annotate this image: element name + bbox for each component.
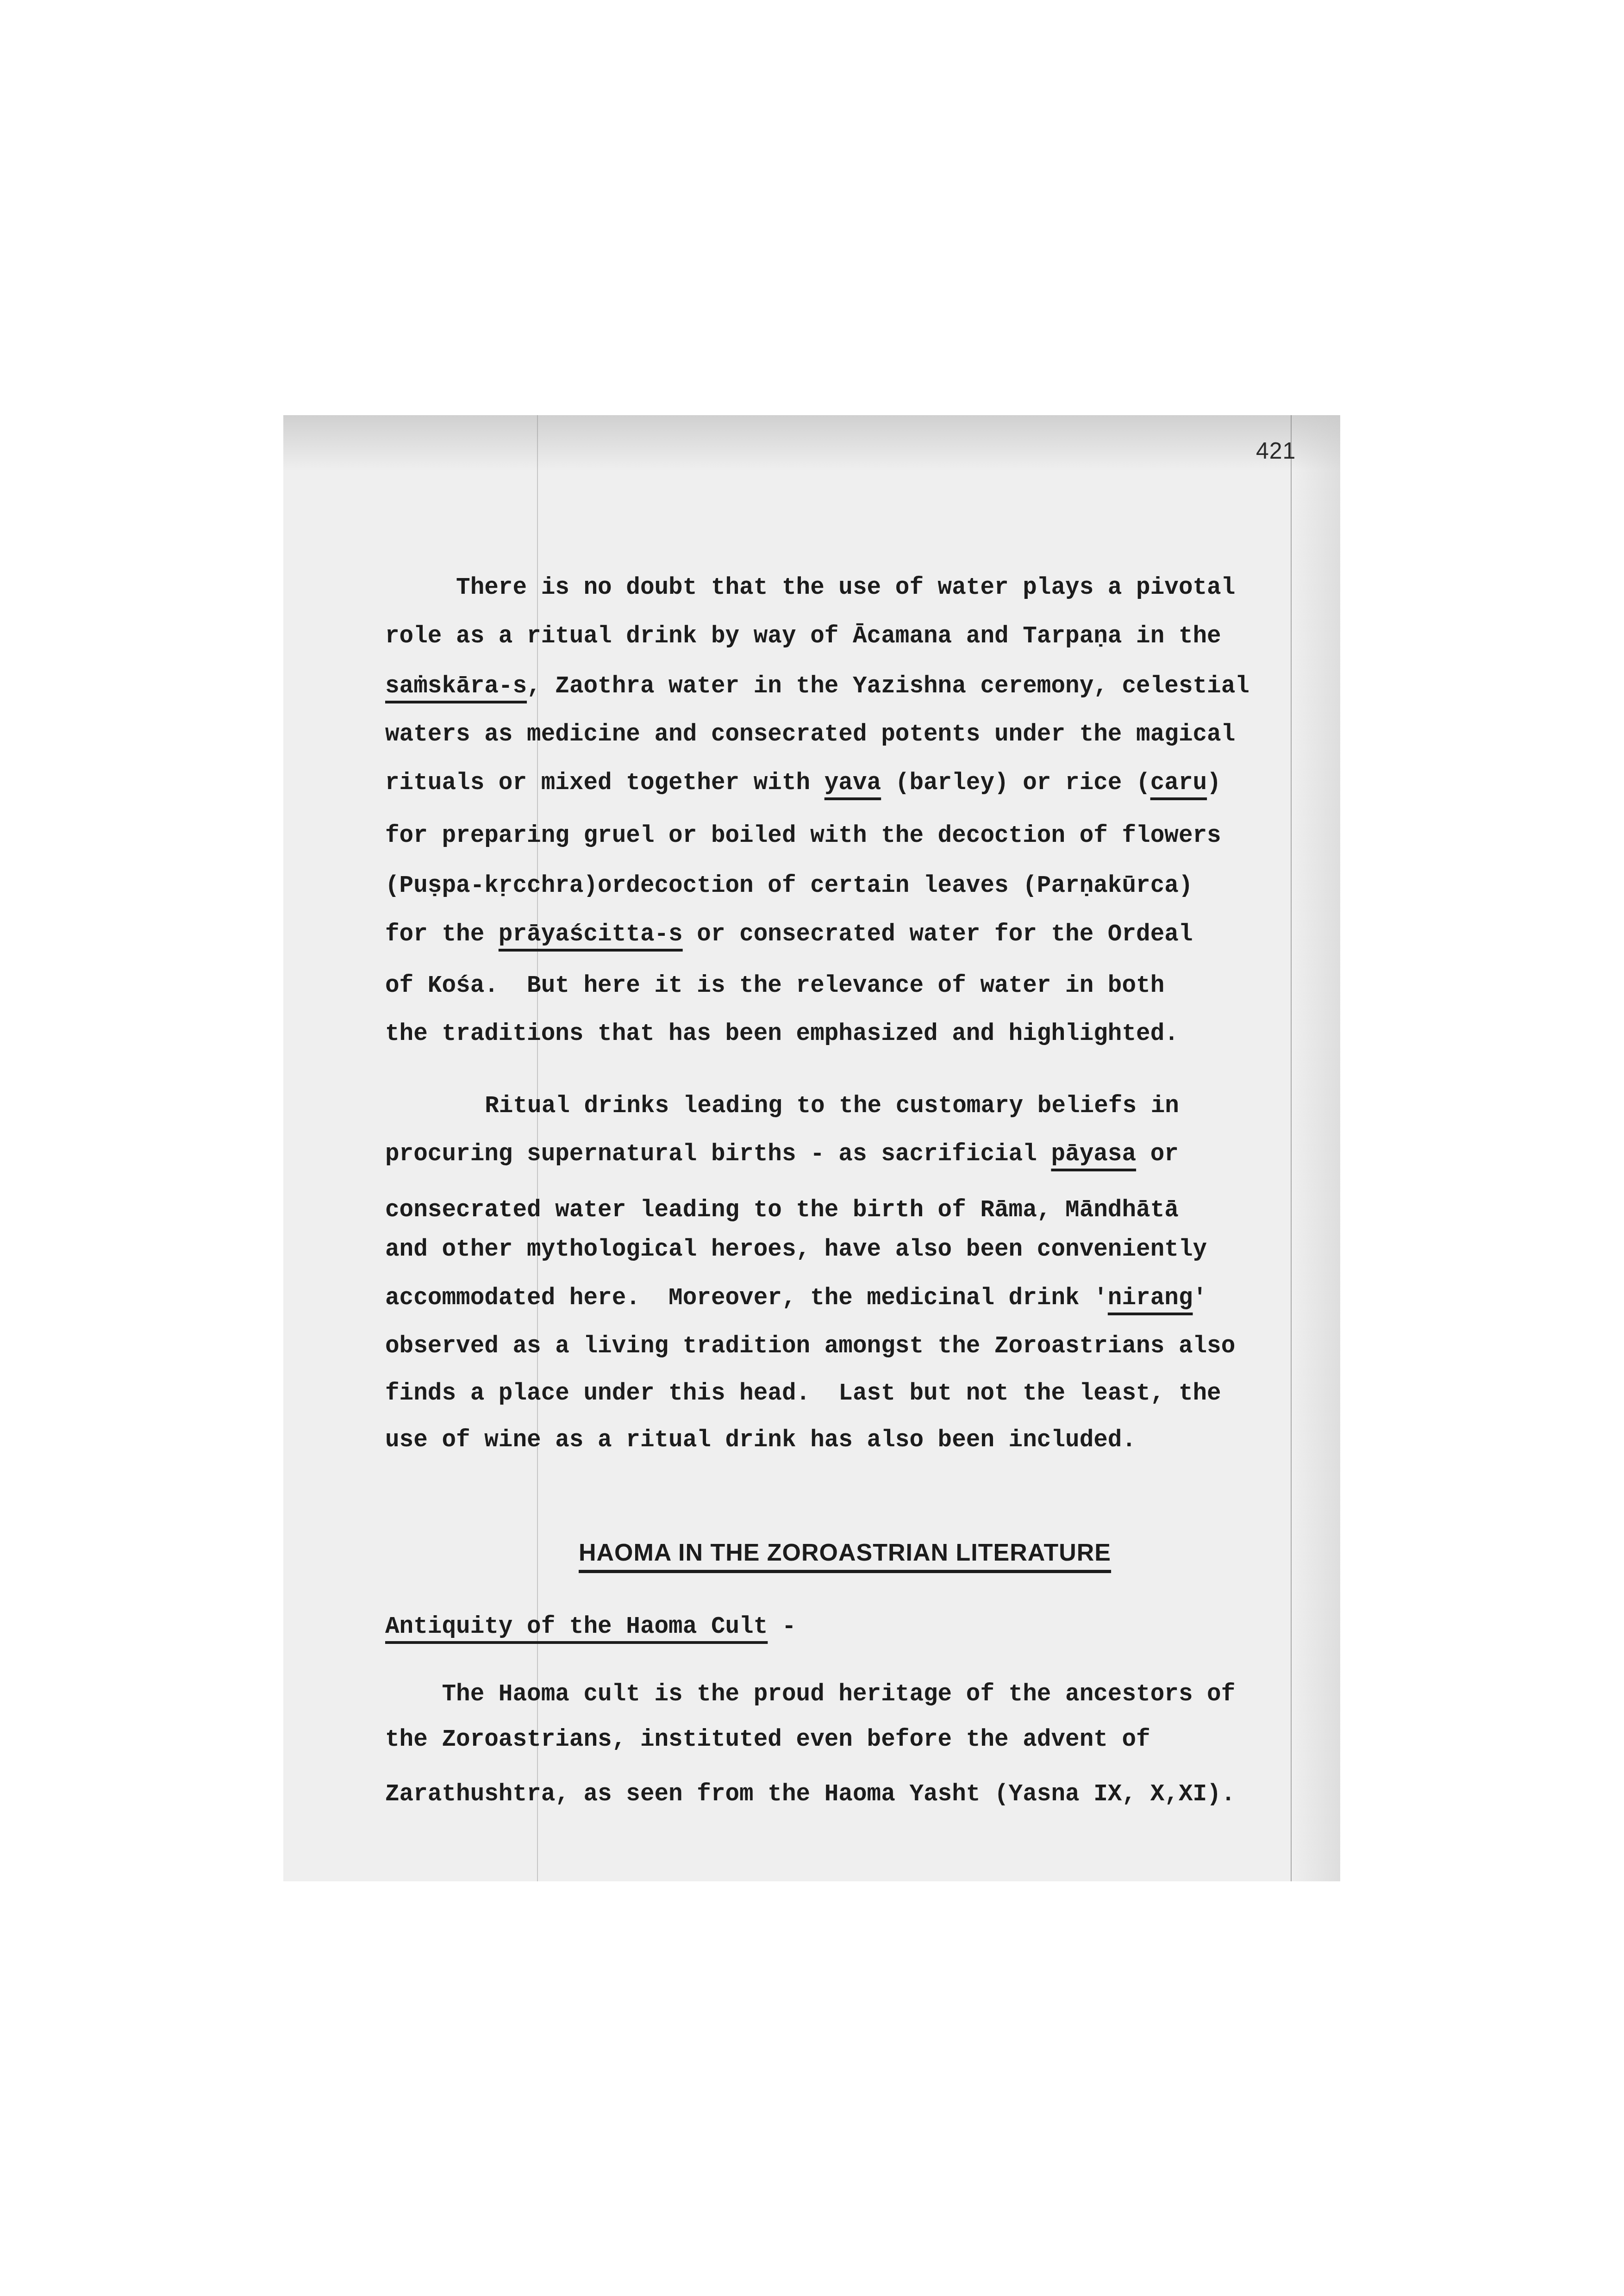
p1-line-8: for the prāyaścitta-s or consecrated wat… (385, 923, 1193, 946)
term-caru: caru (1150, 770, 1207, 796)
p1-line-6: for preparing gruel or boiled with the d… (385, 824, 1221, 848)
scan-shadow-top (283, 415, 1340, 471)
p1-line-2: role as a ritual drink by way of Ācamana… (385, 625, 1221, 648)
p1-line-5-text-c: ) (1207, 770, 1221, 796)
p2-line-8: use of wine as a ritual drink has also b… (385, 1429, 1136, 1452)
p1-line-5-text-b: (barley) or rice ( (881, 770, 1150, 796)
p1-line-4: waters as medicine and consecrated poten… (385, 723, 1235, 747)
p3-line-1: The Haoma cult is the proud heritage of … (385, 1683, 1235, 1706)
subheading: Antiquity of the Haoma Cult - (385, 1615, 796, 1639)
term-yava: yava (824, 770, 881, 796)
p1-line-10: the traditions that has been emphasized … (385, 1022, 1179, 1046)
p1-line-5: rituals or mixed together with yava (bar… (385, 772, 1221, 795)
p1-line-8-text-a: for the (385, 921, 499, 948)
section-heading-text: HAOMA IN THE ZOROASTRIAN LITERATURE (579, 1539, 1111, 1566)
subheading-text: Antiquity of the Haoma Cult (385, 1614, 768, 1640)
p1-line-3-text: , Zaothra water in the Yazishna ceremony… (527, 673, 1249, 700)
p2-line-2-text-a: procuring supernatural births - as sacri… (385, 1141, 1051, 1168)
p2-line-5-text-a: accommodated here. Moreover, the medicin… (385, 1285, 1108, 1312)
subheading-dash: - (768, 1614, 796, 1640)
p2-line-6: observed as a living tradition amongst t… (385, 1335, 1235, 1358)
p1-line-1: There is no doubt that the use of water … (385, 576, 1235, 600)
p2-line-5: accommodated here. Moreover, the medicin… (385, 1287, 1207, 1310)
p2-line-5-text-b: ' (1193, 1285, 1207, 1312)
p2-line-1: Ritual drinks leading to the customary b… (456, 1095, 1179, 1118)
term-payasa: pāyasa (1051, 1141, 1136, 1168)
p1-line-3: saṁskāra-s, Zaothra water in the Yazishn… (385, 675, 1249, 698)
p2-line-4: and other mythological heroes, have also… (385, 1238, 1207, 1262)
page-edge-line (1291, 415, 1292, 1881)
section-heading: HAOMA IN THE ZOROASTRIAN LITERATURE (579, 1541, 1111, 1565)
p1-line-9: of Kośa. But here it is the relevance of… (385, 974, 1164, 998)
page-number: 421 (1256, 437, 1296, 464)
term-nirang: nirang (1108, 1285, 1193, 1312)
term-prayascitta: prāyaścitta-s (499, 921, 683, 948)
term-samskara: saṁskāra-s (385, 673, 527, 700)
p3-line-3: Zarathushtra, as seen from the Haoma Yas… (385, 1783, 1235, 1806)
p2-line-2-text-b: or (1136, 1141, 1179, 1168)
scan-shadow-right (1291, 415, 1340, 1881)
p1-line-8-text-b: or consecrated water for the Ordeal (683, 921, 1193, 948)
p2-line-7: finds a place under this head. Last but … (385, 1382, 1221, 1406)
p3-line-2: the Zoroastrians, instituted even before… (385, 1728, 1150, 1752)
p1-line-5-text-a: rituals or mixed together with (385, 770, 824, 796)
p1-line-7: (Puṣpa-kṛcchra)ordecoction of certain le… (385, 874, 1193, 898)
scanned-page: 421 There is no doubt that the use of wa… (283, 415, 1340, 1881)
p2-line-3: consecrated water leading to the birth o… (385, 1199, 1179, 1222)
p2-line-2: procuring supernatural births - as sacri… (385, 1143, 1179, 1166)
